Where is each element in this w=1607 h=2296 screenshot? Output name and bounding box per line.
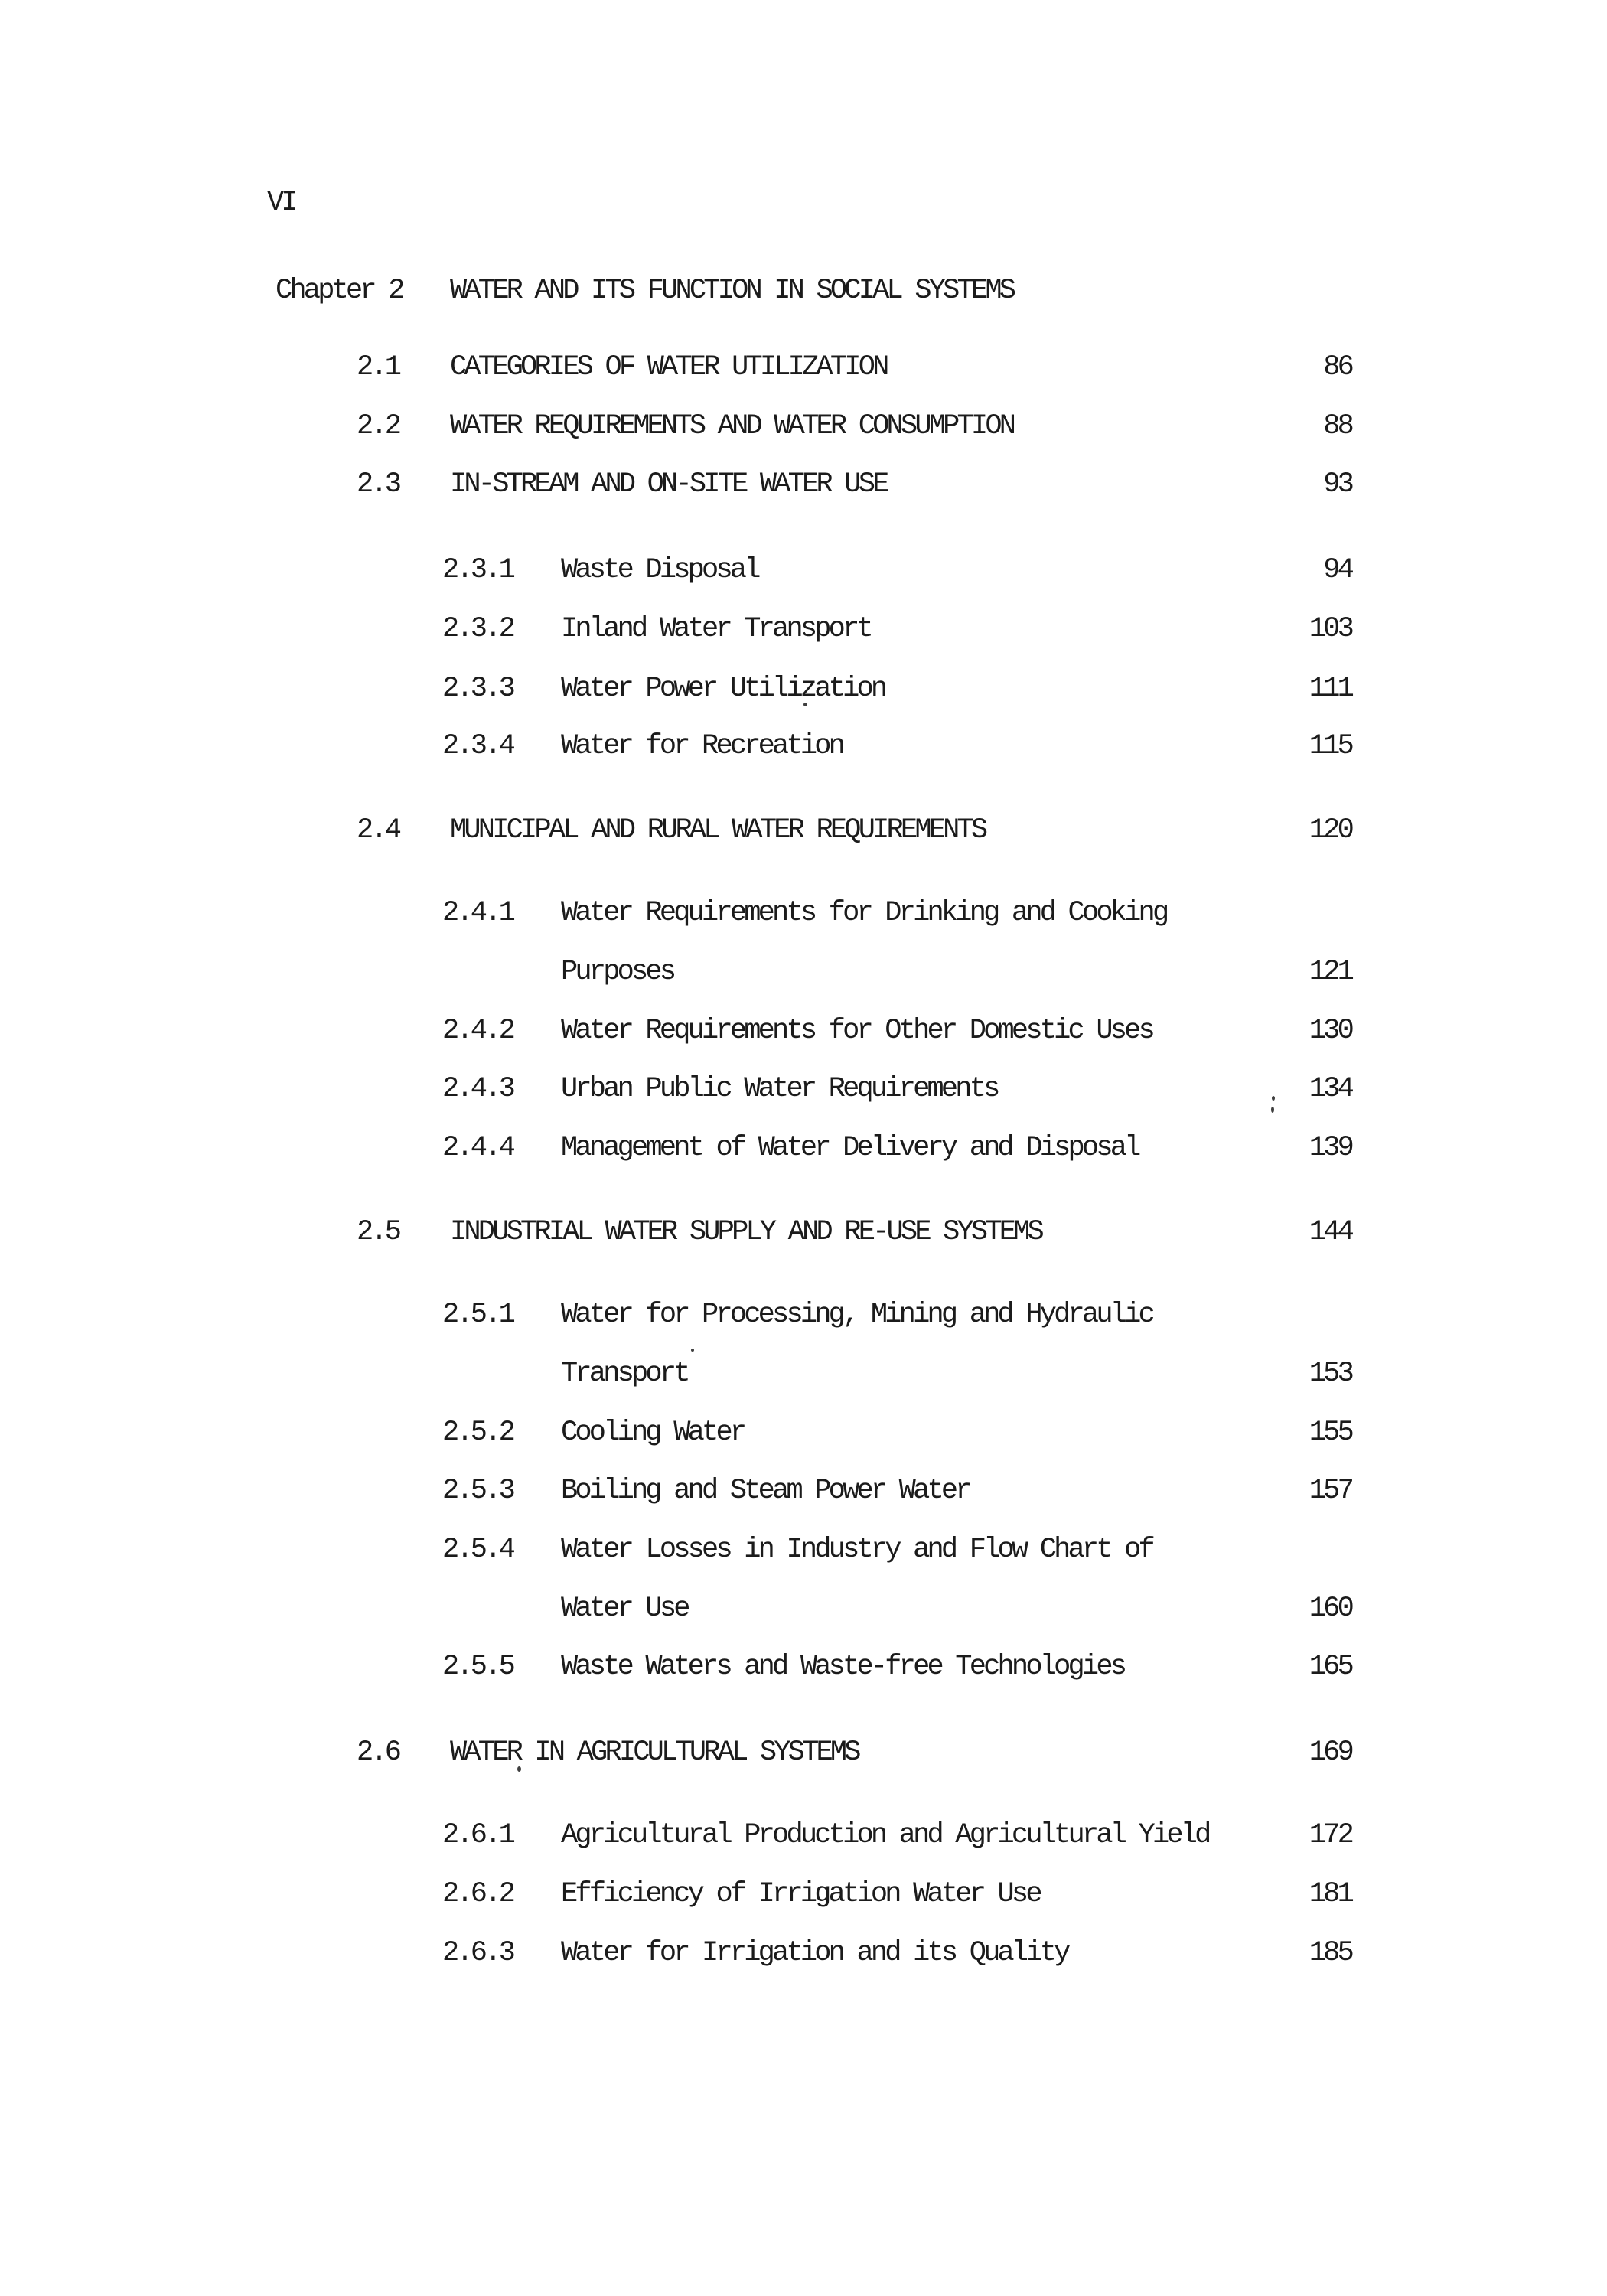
toc-row-2-1: 2.1 CATEGORIES OF WATER UTILIZATION 86 [0,351,1607,384]
toc-entry-number: 2.6.1 [442,1818,513,1852]
toc-entry-page: 165 [1178,1650,1351,1684]
toc-entry-page: 185 [1178,1936,1351,1970]
toc-row-2-5-2: 2.5.2 Cooling Water 155 [0,1416,1607,1450]
scan-artifact [1272,1096,1275,1101]
toc-entry-title: WATER REQUIREMENTS AND WATER CONSUMPTION [450,409,1013,443]
scanned-document-body: { "page": { "folio": "VI" }, "chapter": … [0,0,1607,2296]
toc-row-2-2: 2.2 WATER REQUIREMENTS AND WATER CONSUMP… [0,409,1607,443]
toc-row-2-5-3: 2.5.3 Boiling and Steam Power Water 157 [0,1474,1607,1508]
chapter-label: Chapter 2 [275,274,403,308]
toc-entry-number: 2.4.1 [442,896,513,930]
scan-artifact [691,1349,694,1352]
toc-entry-title: Agricultural Production and Agricultural… [561,1818,1209,1852]
toc-row-2-3-2: 2.3.2 Inland Water Transport 103 [0,612,1607,646]
toc-entry-number: 2.5.5 [442,1650,513,1684]
scan-artifact [803,703,807,706]
toc-entry-title: Efficiency of Irrigation Water Use [561,1877,1040,1911]
toc-row-2-4-1: 2.4.1 Water Requirements for Drinking an… [0,896,1607,930]
toc-entry-page: 144 [1178,1215,1351,1249]
page-number-folio: VI [267,186,295,220]
toc-entry-page: 172 [1178,1818,1351,1852]
toc-entry-page: 181 [1178,1877,1351,1911]
toc-page: VI Chapter 2 WATER AND ITS FUNCTION IN S… [0,0,1607,2296]
toc-row-2-6-3: 2.6.3 Water for Irrigation and its Quali… [0,1936,1607,1970]
toc-entry-title: Cooling Water [561,1416,744,1450]
toc-entry-number: 2.3.2 [442,612,513,646]
toc-entry-number: 2.5.3 [442,1474,513,1508]
toc-entry-title: Water for Processing, Mining and Hydraul… [561,1298,1152,1332]
toc-row-2-4-4: 2.4.4 Management of Water Delivery and D… [0,1131,1607,1165]
chapter-title: WATER AND ITS FUNCTION IN SOCIAL SYSTEMS [450,274,1013,308]
toc-entry-page: 157 [1178,1474,1351,1508]
toc-entry-number: 2.5.1 [442,1298,513,1332]
toc-entry-number: 2.4 [357,814,399,847]
toc-entry-page: 139 [1178,1131,1351,1165]
toc-entry-number: 2.6 [357,1736,399,1769]
toc-entry-number: 2.5.2 [442,1416,513,1450]
toc-entry-page: 94 [1178,553,1351,587]
toc-entry-page: 111 [1178,672,1351,706]
toc-row-2-5-5: 2.5.5 Waste Waters and Waste-free Techno… [0,1650,1607,1684]
toc-row-2-5-1: 2.5.1 Water for Processing, Mining and H… [0,1298,1607,1332]
toc-entry-number: 2.3.1 [442,553,513,587]
toc-row-2-6-2: 2.6.2 Efficiency of Irrigation Water Use… [0,1877,1607,1911]
toc-row-2-5: 2.5 INDUSTRIAL WATER SUPPLY AND RE-USE S… [0,1215,1607,1249]
toc-entry-page: 153 [1178,1357,1351,1391]
toc-entry-title: Management of Water Delivery and Disposa… [561,1131,1139,1165]
toc-row-2-3-1: 2.3.1 Waste Disposal 94 [0,553,1607,587]
toc-entry-title: Water Use [561,1592,688,1626]
toc-entry-page: 103 [1178,612,1351,646]
toc-entry-title: Boiling and Steam Power Water [561,1474,970,1508]
toc-entry-title: Inland Water Transport [561,612,871,646]
toc-entry-title: WATER IN AGRICULTURAL SYSTEMS [450,1736,859,1769]
scan-artifact [517,1766,521,1772]
toc-entry-number: 2.2 [357,409,399,443]
toc-entry-title: Water Losses in Industry and Flow Chart … [561,1533,1152,1567]
toc-entry-page: 115 [1178,729,1351,763]
toc-entry-number: 2.3.4 [442,729,513,763]
toc-entry-title: Water for Irrigation and its Quality [561,1936,1068,1970]
toc-entry-page: 134 [1178,1072,1351,1106]
toc-entry-title: CATEGORIES OF WATER UTILIZATION [450,351,887,384]
toc-entry-title: Transport [561,1357,688,1391]
toc-entry-number: 2.6.3 [442,1936,513,1970]
toc-entry-page: 93 [1178,468,1351,501]
toc-entry-number: 2.1 [357,351,399,384]
toc-entry-number: 2.5 [357,1215,399,1249]
toc-entry-page: 169 [1178,1736,1351,1769]
toc-entry-title: Water Power Utilization [561,672,885,706]
toc-entry-title: Water Requirements for Other Domestic Us… [561,1014,1152,1048]
toc-entry-number: 2.4.3 [442,1072,513,1106]
toc-row-2-5-4: 2.5.4 Water Losses in Industry and Flow … [0,1533,1607,1567]
toc-entry-title: MUNICIPAL AND RURAL WATER REQUIREMENTS [450,814,985,847]
toc-row-2-5-4-continuation: Water Use 160 [0,1592,1607,1626]
toc-entry-title: Purposes [561,955,673,989]
toc-entry-number: 2.4.4 [442,1131,513,1165]
toc-entry-page: 120 [1178,814,1351,847]
toc-entry-number: 2.4.2 [442,1014,513,1048]
toc-entry-number: 2.3 [357,468,399,501]
toc-row-2-3-3: 2.3.3 Water Power Utilization 111 [0,672,1607,706]
toc-row-2-4-3: 2.4.3 Urban Public Water Requirements 13… [0,1072,1607,1106]
toc-row-2-3-4: 2.3.4 Water for Recreation 115 [0,729,1607,763]
toc-entry-page: 86 [1178,351,1351,384]
toc-row-2-6: 2.6 WATER IN AGRICULTURAL SYSTEMS 169 [0,1736,1607,1769]
toc-entry-number: 2.5.4 [442,1533,513,1567]
toc-entry-title: INDUSTRIAL WATER SUPPLY AND RE-USE SYSTE… [450,1215,1041,1249]
toc-row-2-4: 2.4 MUNICIPAL AND RURAL WATER REQUIREMEN… [0,814,1607,847]
toc-row-2-4-1-continuation: Purposes 121 [0,955,1607,989]
toc-entry-page: 160 [1178,1592,1351,1626]
toc-entry-page: 88 [1178,409,1351,443]
toc-entry-page: 121 [1178,955,1351,989]
toc-entry-number: 2.3.3 [442,672,513,706]
toc-entry-title: Waste Disposal [561,553,758,587]
toc-row-2-3: 2.3 IN-STREAM AND ON-SITE WATER USE 93 [0,468,1607,501]
toc-entry-page: 155 [1178,1416,1351,1450]
toc-entry-number: 2.6.2 [442,1877,513,1911]
toc-row-2-6-1: 2.6.1 Agricultural Production and Agricu… [0,1818,1607,1852]
toc-row-2-5-1-continuation: Transport 153 [0,1357,1607,1391]
toc-entry-title: Water for Recreation [561,729,843,763]
scan-artifact [1271,1107,1274,1113]
toc-entry-title: Urban Public Water Requirements [561,1072,998,1106]
toc-entry-title: Waste Waters and Waste-free Technologies [561,1650,1124,1684]
toc-entry-title: IN-STREAM AND ON-SITE WATER USE [450,468,887,501]
toc-entry-title: Water Requirements for Drinking and Cook… [561,896,1166,930]
chapter-heading: Chapter 2 WATER AND ITS FUNCTION IN SOCI… [0,274,1607,308]
toc-entry-page: 130 [1178,1014,1351,1048]
toc-row-2-4-2: 2.4.2 Water Requirements for Other Domes… [0,1014,1607,1048]
